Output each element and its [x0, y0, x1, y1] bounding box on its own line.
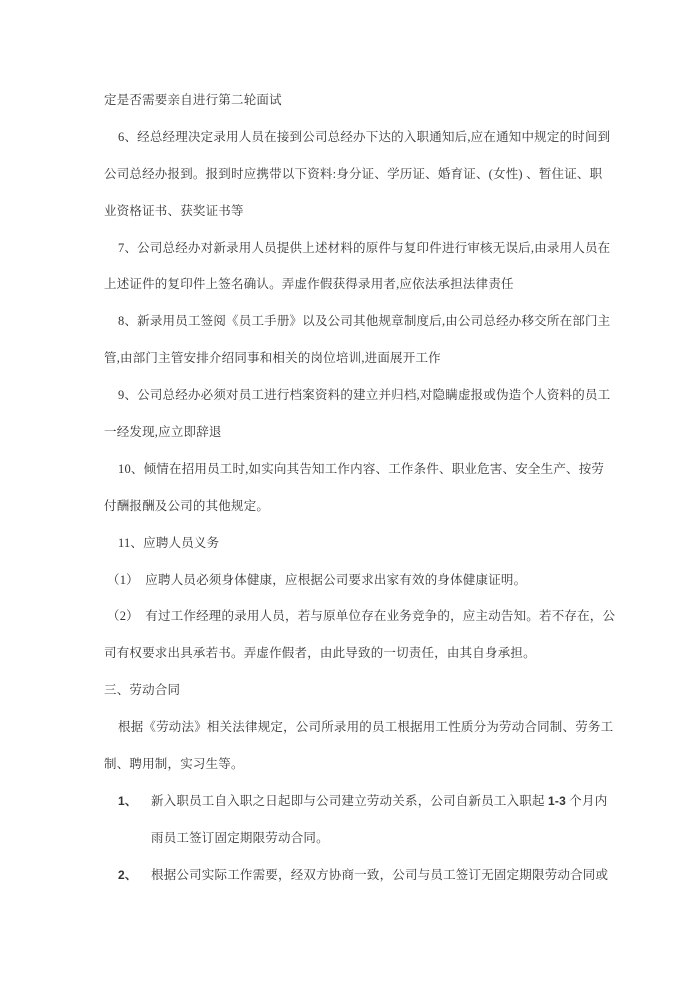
text-line: 10、倾情在招用员工时,如实向其告知工作内容、工作条件、职业危害、安全生产、按劳 — [104, 451, 604, 488]
document-body: 定是否需要亲自进行第二轮面试 6、经总经理决定录用人员在接到公司总经办下达的入职… — [104, 82, 604, 894]
text-line: 11、应聘人员义务 — [104, 525, 604, 562]
text-line: 根据《劳动法》相关法律规定，公司所录用的员工根据用工性质分为劳动合同制、劳务工 — [104, 709, 604, 746]
text-line: 9、公司总经办必须对员工进行档案资料的建立并归档,对隐瞒虚报或伪造个人资料的员工 — [104, 377, 604, 414]
text-line: 7、公司总经办对新录用人员提供上述材料的原件与复印件进行审核无误后,由录用人员在 — [104, 230, 604, 267]
text-line: 业资格证书、获奖证书等 — [104, 193, 604, 230]
list-item-line: 1、新入职员工自入职之日起即与公司建立劳动关系，公司自新员工入职起 1-3 个月… — [104, 783, 604, 820]
sub-item-line: （2） 有过工作经理的录用人员，若与原单位存在业务竞争的，应主动告知。若不存在，… — [104, 598, 604, 635]
text-line: 上述证件的复印件上签名确认。弄虚作假获得录用者,应依法承担法律责任 — [104, 266, 604, 303]
list-item-text: 新入职员工自入职之日起即与公司建立劳动关系，公司自新员工入职起 — [151, 794, 548, 808]
text-line: 公司总经办报到。报到时应携带以下资料:身分证、学历证、婚育证、(女性) 、暂住证… — [104, 156, 604, 193]
text-line: 定是否需要亲自进行第二轮面试 — [104, 82, 604, 119]
list-item-highlight: 1-3 — [548, 794, 566, 808]
text-line: 6、经总经理决定录用人员在接到公司总经办下达的入职通知后,应在通知中规定的时间到 — [104, 119, 604, 156]
list-item-line: 2、根据公司实际工作需要，经双方协商一致，公司与员工签订无固定期限劳动合同或 — [104, 857, 604, 894]
text-line: 管,由部门主管安排介绍同事和相关的岗位培训,进面展开工作 — [104, 340, 604, 377]
list-item-line: 雨员工签订固定期限劳动合同。 — [104, 820, 604, 857]
text-line: 8、新录用员工签阅《员工手册》以及公司其他规章制度后,由公司总经办移交所在部门主 — [104, 303, 604, 340]
section-heading: 三、劳动合同 — [104, 672, 604, 709]
sub-item-line: （1） 应聘人员必须身体健康，应根据公司要求出家有效的身体健康证明。 — [104, 562, 604, 599]
list-item-text: 个月内 — [566, 794, 607, 808]
text-line: 制、聘用制，实习生等。 — [104, 746, 604, 783]
text-line: 付酬报酬及公司的其他规定。 — [104, 488, 604, 525]
list-item-text: 根据公司实际工作需要，经双方协商一致，公司与员工签订无固定期限劳动合同或 — [151, 868, 608, 882]
list-number: 1、 — [118, 783, 151, 820]
text-line: 一经发现,应立即辞退 — [104, 414, 604, 451]
list-number: 2、 — [118, 857, 151, 894]
text-line: 司有权要求出具承若书。弄虚作假者，由此导致的一切责任，由其自身承担。 — [104, 635, 604, 672]
document-page: 定是否需要亲自进行第二轮面试 6、经总经理决定录用人员在接到公司总经办下达的入职… — [0, 0, 700, 990]
